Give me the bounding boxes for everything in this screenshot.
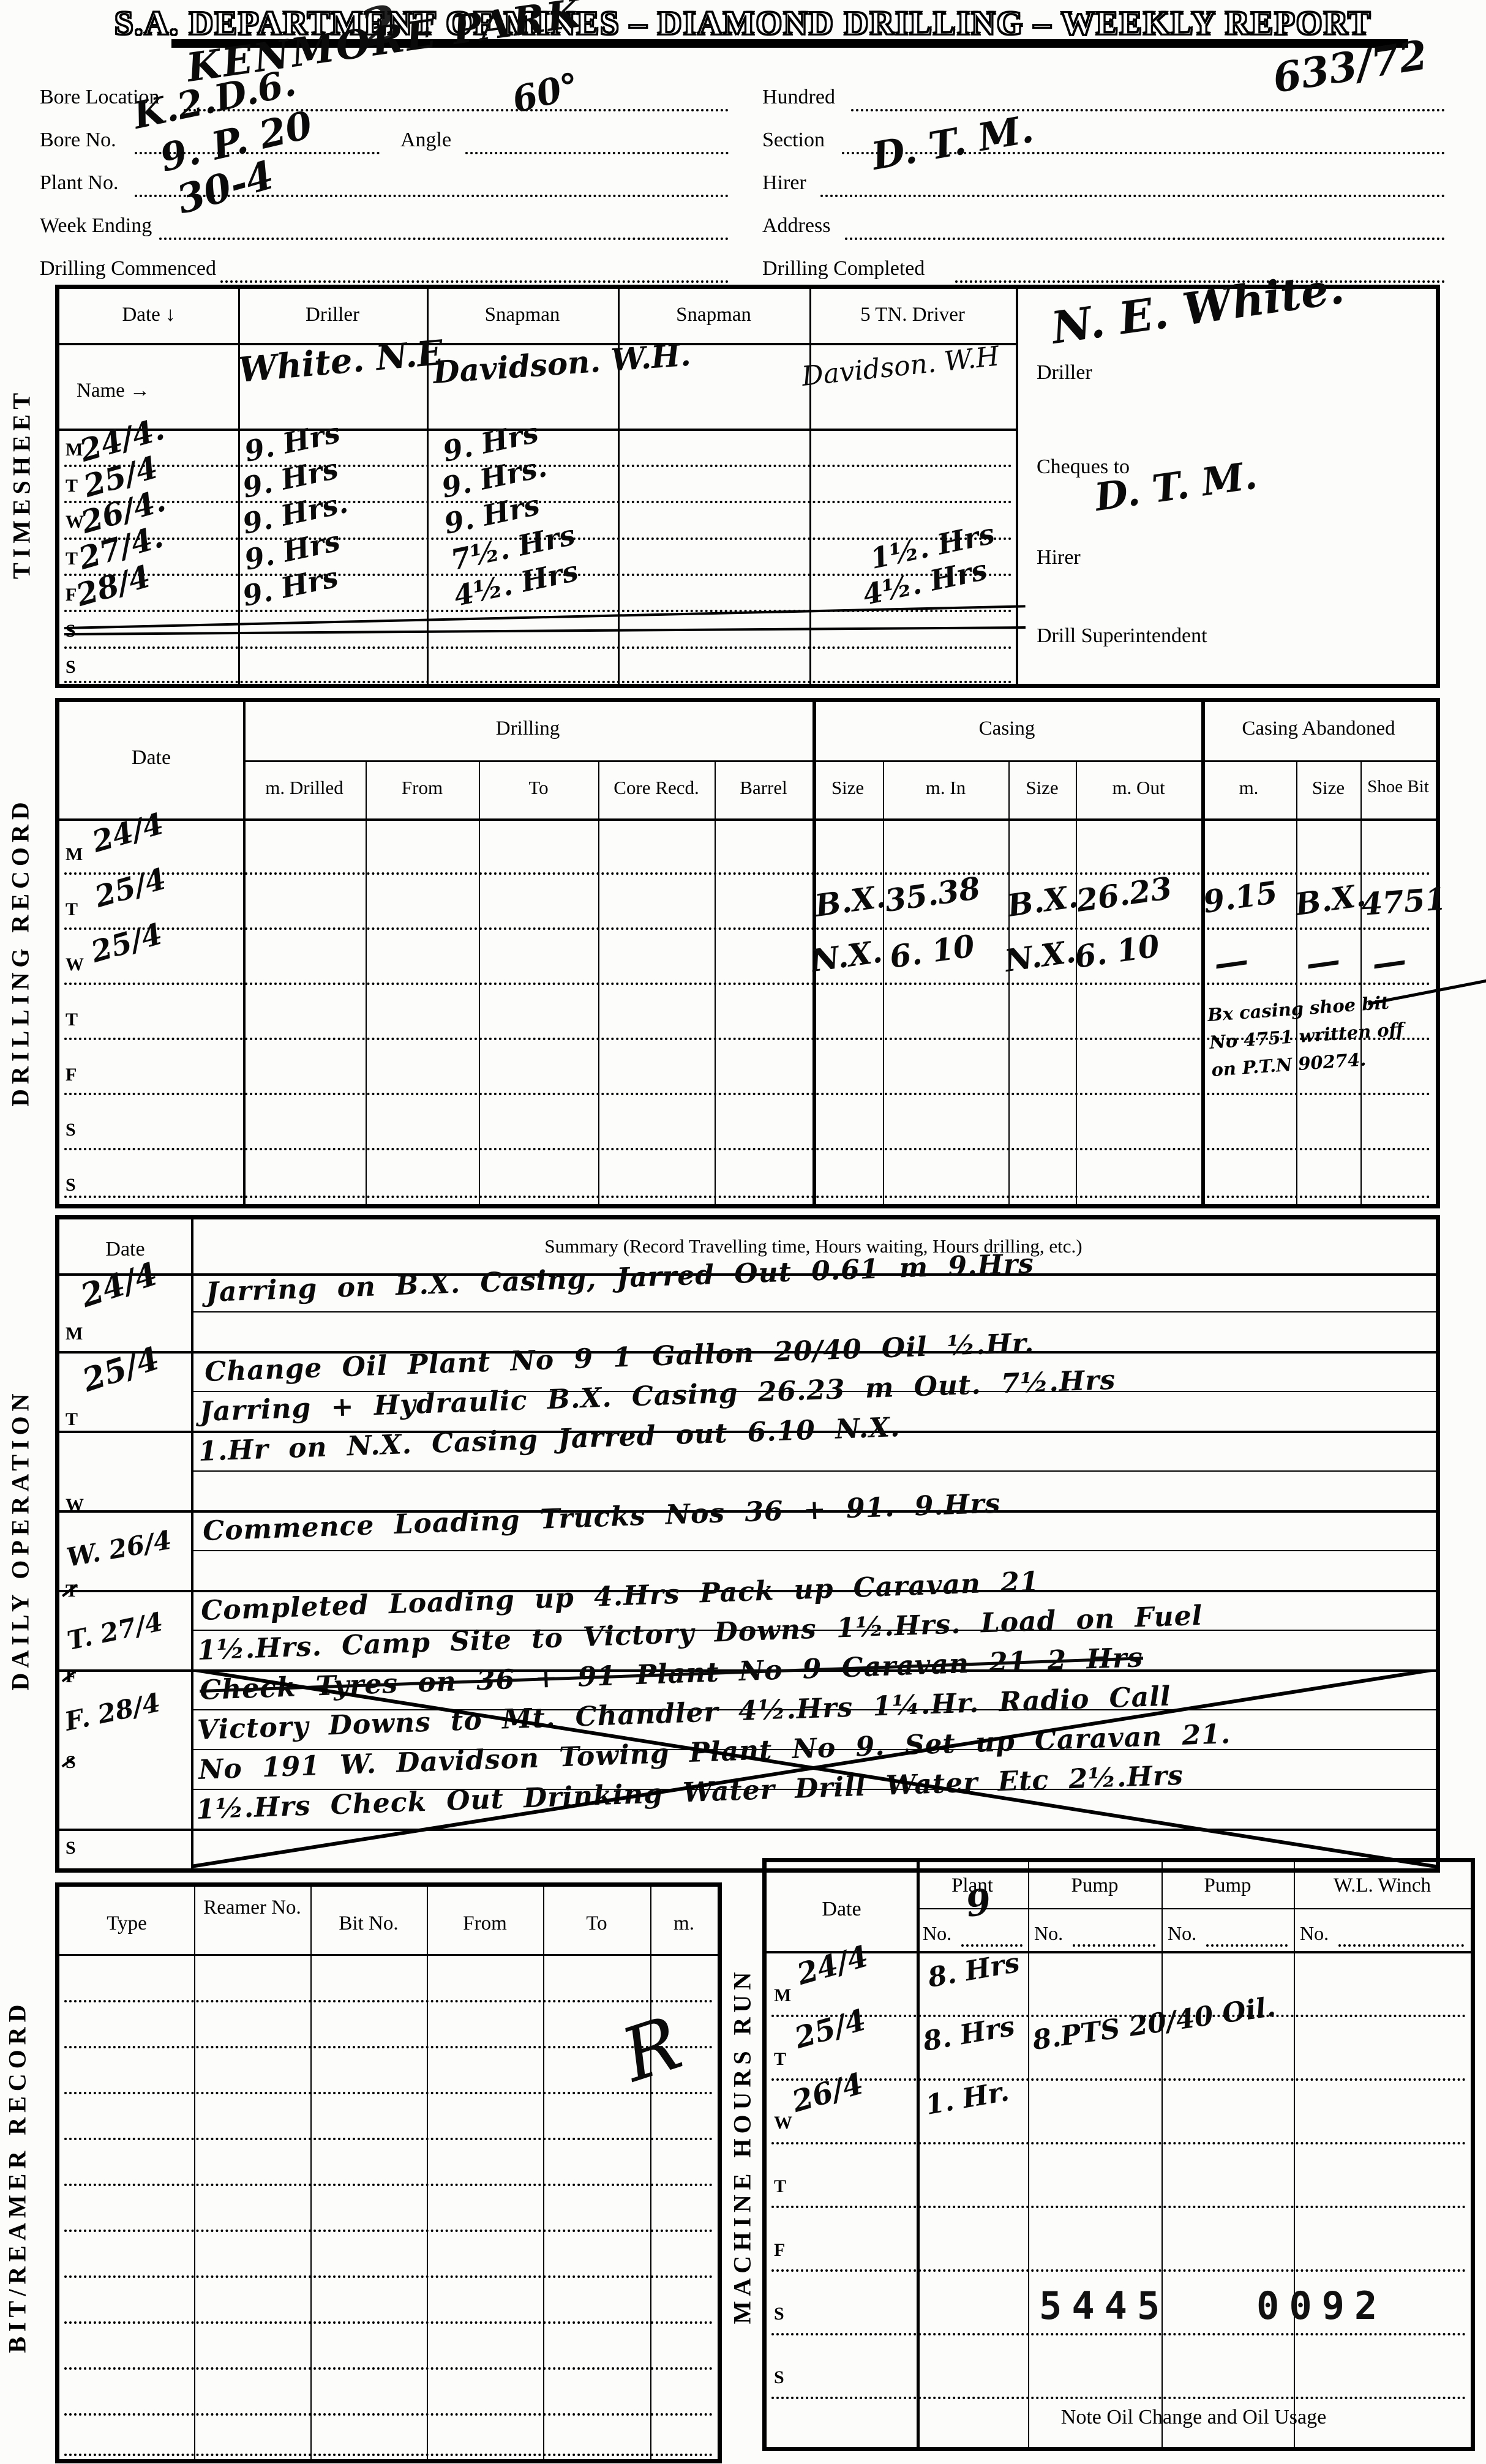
casing-m-out-1: 26.23 (1075, 873, 1174, 916)
winch-no-dots (1338, 1944, 1464, 1947)
casing-abandoned-note: Bx casing shoe bit No 4751 written off o… (1207, 988, 1406, 1084)
machine-row-line (771, 2078, 1466, 2081)
timesheet-snapman1-header: Snapman (427, 304, 618, 326)
bit-reamer-row-line (64, 2275, 713, 2278)
abandoned-size-dash: — (1304, 943, 1342, 981)
plant-no-value: 9 (964, 1884, 993, 1922)
daily-date-3: W. 26/4 (65, 1527, 174, 1571)
abandoned-m-header: m. (1201, 777, 1296, 799)
hundred-label: Hundred (762, 86, 835, 109)
bit-reamer-col-rule (650, 1887, 651, 2459)
bit-reamer-row-line (64, 2000, 713, 2002)
page-title: S.A. DEPARTMENT OF MINES – DIAMOND DRILL… (0, 4, 1486, 42)
drilling-row-line (64, 1093, 1431, 1095)
bore-no-label: Bore No. (40, 129, 116, 152)
pump-oil-entry: 8.PTS 20/40 Oil. (1031, 1994, 1277, 2054)
machine-row-line (771, 2142, 1466, 2144)
address-label: Address (762, 214, 830, 238)
timesheet-day-s1: S (66, 621, 76, 642)
drilling-row-line (64, 872, 1431, 875)
bit-reamer-col-rule (427, 1887, 428, 2459)
daily-day-f-struck: F (66, 1666, 77, 1687)
drilling-subheader-underline (59, 818, 1436, 821)
drilling-date-header: Date (59, 746, 243, 770)
winch-group-header: W.L. Winch (1294, 1874, 1471, 1897)
machine-header-underline (767, 1951, 1471, 1953)
timesheet-date-header: Date ↓ (59, 304, 238, 326)
drilling-day-w: W (66, 954, 84, 975)
timesheet-col-rule (809, 289, 811, 684)
abandoned-size-header: Size (1296, 777, 1360, 799)
bit-reamer-row-line (64, 2230, 713, 2232)
timesheet-day-t2: T (66, 549, 78, 569)
drilling-row-line (64, 1148, 1431, 1150)
machine-date-col-rule (917, 1862, 920, 2447)
drilling-day-s2: S (66, 1175, 76, 1196)
plant-no-dots (961, 1944, 1023, 1947)
br-to-header: To (543, 1912, 650, 1935)
week-ending-label: Week Ending (40, 214, 152, 238)
machine-day-t1: T (774, 2049, 786, 2070)
machine-row-line (771, 2333, 1466, 2335)
casing-abandoned-group-header: Casing Abandoned (1201, 717, 1436, 740)
casing-size-out-2: N.X. (1003, 936, 1078, 976)
machine-day-s1: S (774, 2304, 784, 2324)
plant-hours-1: 8. Hrs (921, 2013, 1016, 2056)
side-driller-label: Driller (1037, 361, 1092, 384)
plant-hours-0: 8. Hrs (926, 1949, 1021, 1992)
bit-reamer-row-line (64, 2367, 713, 2370)
drilling-day-m: M (66, 844, 83, 865)
address-line (845, 238, 1445, 240)
cancellation-cross (191, 1669, 1436, 1868)
daily-writing-line (191, 1550, 1436, 1551)
drilling-date-1: 25/4 (92, 864, 169, 912)
friday-row-strike (64, 626, 1026, 635)
timesheet-day-s2: S (66, 657, 76, 678)
weekly-report-page: S.A. DEPARTMENT OF MINES – DIAMOND DRILL… (0, 0, 1486, 2464)
machine-day-s2: S (774, 2367, 784, 2388)
drilling-day-s1: S (66, 1120, 76, 1140)
machine-row-line (771, 2206, 1466, 2208)
stamp-number-right: 0092 (1256, 2283, 1387, 2328)
machine-row-line (771, 2269, 1466, 2272)
hundred-line (851, 109, 1445, 111)
bit-reamer-col-rule (194, 1887, 195, 2459)
abandoned-m-dash: — (1212, 943, 1250, 981)
drilling-group-header: Drilling (243, 717, 812, 740)
driver-name: Davidson. W.H (800, 343, 1000, 391)
machine-date-1: 25/4 (792, 2005, 869, 2053)
drilling-group-underline (243, 760, 1436, 762)
shoe-bit-1: 4751 (1360, 793, 1486, 920)
angle-line (465, 152, 729, 154)
name-row-label: Name → (77, 380, 150, 402)
drilling-commenced-label: Drilling Commenced (40, 257, 216, 280)
daily-day-s1-struck: S (66, 1752, 76, 1773)
timesheet-row-line (64, 681, 1012, 683)
timesheet-driver-header: 5 TN. Driver (809, 304, 1016, 326)
bit-reamer-col-rule (543, 1887, 544, 2459)
m-drilled-header: m. Drilled (243, 777, 366, 799)
drilling-completed-label: Drilling Completed (762, 257, 925, 280)
timesheet-day-t1: T (66, 476, 78, 496)
casing-size-in-1: B.X. (813, 881, 888, 921)
drilling-day-t2: T (66, 1009, 78, 1030)
machine-row-line (771, 2397, 1466, 2399)
core-recd-header: Core Recd. (598, 777, 715, 799)
oil-change-footnote: Note Oil Change and Oil Usage (917, 2406, 1471, 2429)
machine-date-2: 26/4 (789, 2069, 866, 2117)
drilling-day-f: F (66, 1065, 77, 1085)
timesheet-snapman2-header: Snapman (618, 304, 809, 326)
shoe-bit-header: Shoe Bit (1360, 777, 1436, 797)
drilling-record-table: Date Drilling Casing Casing Abandoned m.… (55, 698, 1440, 1208)
hirer-label: Hirer (762, 171, 806, 195)
timesheet-header-rule (59, 343, 1016, 345)
from-header: From (366, 777, 479, 799)
side-superintendent-label: Drill Superintendent (1037, 624, 1207, 648)
type-header: Type (59, 1912, 194, 1935)
section-label: Section (762, 129, 825, 152)
daily-writing-line (191, 1470, 1436, 1472)
timesheet-side-panel: N. E. White. Driller Cheques to D. T. M.… (1018, 289, 1436, 684)
machine-day-f: F (774, 2240, 785, 2261)
casing-m-out-2: 6. 10 (1073, 931, 1161, 973)
driller-signature: N. E. White. (1049, 266, 1346, 350)
machine-day-t2: T (774, 2176, 786, 2197)
pump2-group-header: Pump (1161, 1874, 1294, 1897)
machine-date-header: Date (767, 1898, 917, 1921)
bit-reamer-row-line (64, 2321, 713, 2324)
angle-label: Angle (400, 129, 451, 152)
bit-reamer-col-rule (310, 1887, 312, 2459)
casing-size-out-header: Size (1008, 777, 1076, 799)
timesheet-row-line (64, 646, 1012, 649)
plant-no-label: Plant No. (40, 171, 118, 195)
drilling-row-line (64, 927, 1431, 930)
bit-reamer-table: Type Reamer No. Bit No. From To m. (55, 1882, 722, 2463)
drilling-day-t1: T (66, 899, 78, 920)
pump2-no-dots (1206, 1944, 1288, 1947)
machine-hours-table: Date Plant Pump Pump W.L. Winch No. 9 No… (762, 1858, 1475, 2451)
daily-writing-line (191, 1311, 1436, 1313)
pump1-no-label: No. (1034, 1922, 1063, 1945)
machine-day-m: M (774, 1985, 791, 2006)
summary-line-m: Jarring on B.X. Casing, Jarred Out 0.61 … (205, 1251, 1034, 1306)
daily-date-5: F. 28/4 (62, 1690, 162, 1735)
machine-col-rule (1028, 1862, 1029, 2447)
machine-day-w: W (774, 2113, 792, 2133)
timesheet-section-label: TIMESHEET (7, 388, 36, 579)
daily-date-header: Date (59, 1238, 191, 1261)
casing-group-header: Casing (812, 717, 1201, 740)
casing-m-in-2: 6. 10 (888, 931, 977, 973)
snapman1-name: Davidson. W.H. (432, 340, 692, 388)
m-out-header: m. Out (1076, 777, 1201, 799)
drilling-record-section-label: DRILLING RECORD (6, 797, 35, 1107)
casing-size-out-1: B.X. (1005, 881, 1080, 921)
daily-operation-section-label: DAILY OPERATION (6, 1388, 35, 1690)
plant-no-header-label: No. (923, 1922, 951, 1945)
side-hirer-label: Hirer (1037, 546, 1081, 569)
winch-no-label: No. (1300, 1922, 1329, 1945)
timesheet-table: Date ↓ Driller Snapman Snapman 5 TN. Dri… (55, 285, 1440, 688)
machine-group-underline (917, 1908, 1471, 1909)
bit-reamer-section-label: BIT/REAMER RECORD (3, 1999, 32, 2353)
daily-day-w: W (66, 1495, 84, 1516)
abandoned-m-1: 9.15 (1201, 877, 1280, 918)
bit-reamer-header-rule (59, 1954, 718, 1956)
to-header: To (479, 777, 598, 799)
daily-operation-table: Date Summary (Record Travelling time, Ho… (55, 1215, 1440, 1873)
bit-reamer-row-line (64, 2454, 713, 2456)
daily-day-t2-struck: T (66, 1581, 78, 1601)
machine-col-rule (1294, 1862, 1295, 2447)
bit-reamer-row-line (64, 2092, 713, 2094)
pump1-no-dots (1073, 1944, 1155, 1947)
pump2-no-label: No. (1168, 1922, 1196, 1945)
machine-col-rule (1161, 1862, 1163, 2447)
friday-row-strike (64, 605, 1026, 629)
hirer-value: D. T. M. (869, 110, 1036, 176)
week-ending-line (159, 238, 729, 240)
br-m-header: m. (650, 1912, 718, 1935)
stamp-number-left: 5445 (1039, 2283, 1169, 2328)
daily-day-t1: T (66, 1409, 78, 1430)
casing-m-in-1: 35.38 (883, 873, 982, 916)
pump1-group-header: Pump (1028, 1874, 1161, 1897)
drilling-commenced-line (220, 280, 729, 283)
drilling-date-2: 25/4 (88, 919, 165, 967)
abandoned-size-1: B.X. (1293, 880, 1368, 920)
drilling-date-0: 24/4 (89, 809, 167, 857)
m-in-header: m. In (883, 777, 1008, 799)
machine-hours-section-label: MACHINE HOURS RUN (728, 1968, 757, 2324)
timesheet-driller-header: Driller (238, 304, 427, 326)
daily-summary-header: Summary (Record Travelling time, Hours w… (191, 1235, 1436, 1257)
daily-date-0: 24/4 (77, 1258, 161, 1313)
daily-day-s2: S (66, 1838, 76, 1859)
drilling-row-line (64, 1196, 1431, 1198)
summary-line-w26: Commence Loading Trucks Nos 36 + 91. 9.H… (202, 1491, 1000, 1545)
barrel-header: Barrel (715, 777, 812, 799)
bit-reamer-row-line (64, 2184, 713, 2186)
casing-size-in-2: N.X. (809, 936, 884, 976)
bit-reamer-row-line (64, 2046, 713, 2048)
casing-size-in-header: Size (812, 777, 883, 799)
shoe-bit-dash: — (1370, 943, 1408, 981)
reamer-no-header: Reamer No. (194, 1895, 310, 1920)
hirer-line (820, 195, 1445, 197)
machine-date-0: 24/4 (794, 1941, 871, 1990)
daily-day-m: M (66, 1324, 83, 1344)
br-from-header: From (427, 1912, 543, 1935)
plant-hours-2: 1. Hr. (923, 2078, 1011, 2119)
bit-reamer-row-line (64, 2413, 713, 2416)
bit-reamer-row-line (64, 2138, 713, 2140)
bit-no-header: Bit No. (310, 1912, 427, 1935)
daily-date-4: T. 27/4 (65, 1609, 165, 1654)
